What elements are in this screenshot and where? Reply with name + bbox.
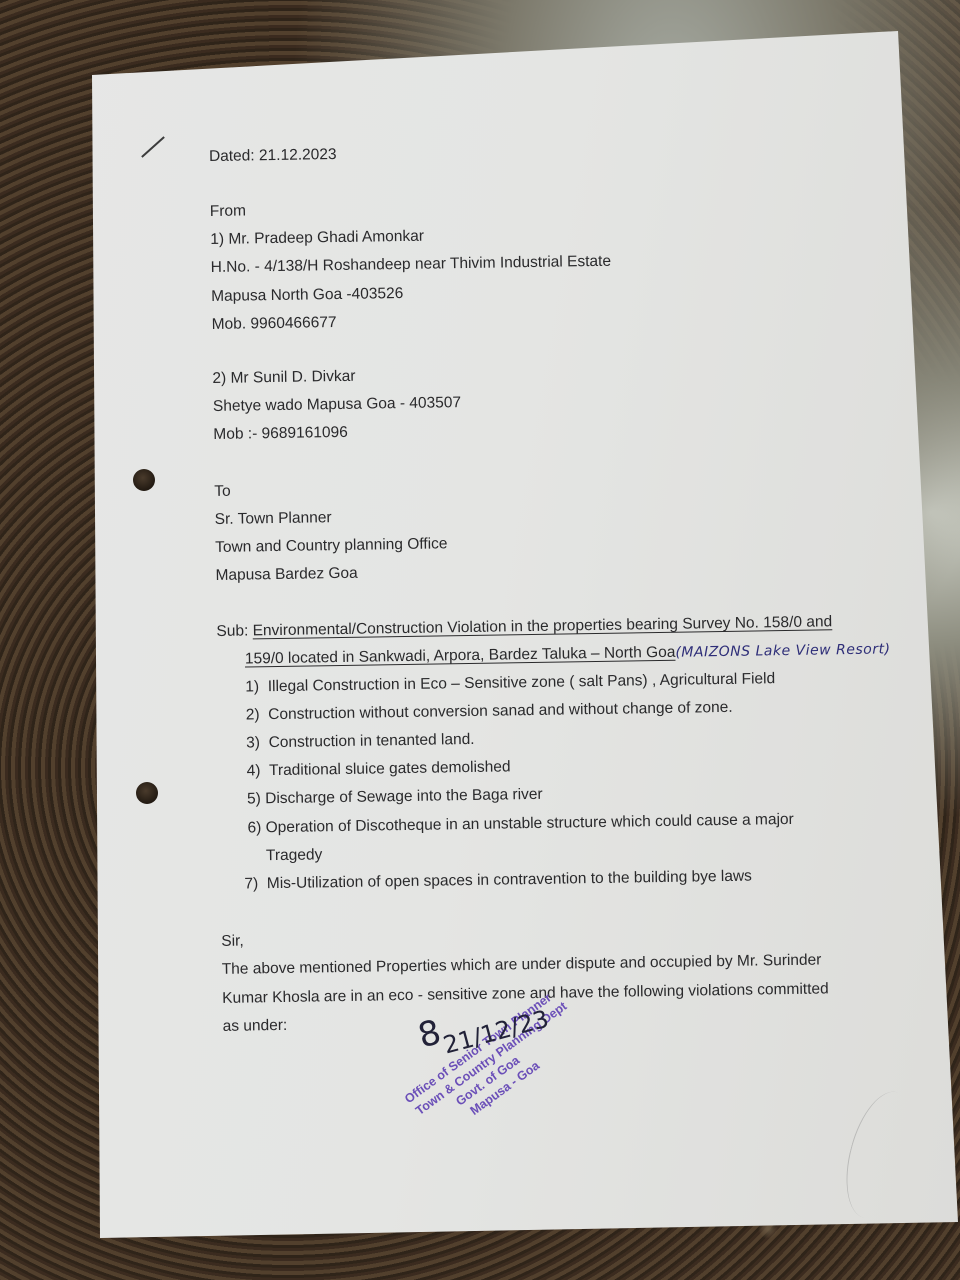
salutation: Sir, bbox=[221, 933, 244, 951]
violation-item-5: 5) Discharge of Sewage into the Baga riv… bbox=[247, 786, 543, 809]
violation-item-6: 6) Operation of Discotheque in an unstab… bbox=[247, 811, 793, 838]
handwritten-note: (MAIZONS Lake View Resort) bbox=[675, 641, 890, 660]
sender2-mobile: Mob :- 9689161096 bbox=[213, 424, 348, 444]
sender1-mobile: Mob. 9960466677 bbox=[211, 314, 336, 334]
violation-item-3: 3) Construction in tenanted land. bbox=[246, 731, 475, 753]
sender1-address-line2: Mapusa North Goa -403526 bbox=[211, 285, 403, 306]
subject-text-line2: 159/0 located in Sankwadi, Arpora, Barde… bbox=[245, 644, 676, 668]
recipient-line2: Town and Country planning Office bbox=[215, 535, 448, 557]
violation-item-1: 1) Illegal Construction in Eco – Sensiti… bbox=[245, 670, 775, 696]
sender1-address-line1: H.No. - 4/138/H Roshandeep near Thivim I… bbox=[211, 253, 612, 277]
sender1-name: 1) Mr. Pradeep Ghadi Amonkar bbox=[210, 228, 424, 249]
violation-item-6-continuation: Tragedy bbox=[266, 846, 323, 865]
subject-line2: 159/0 located in Sankwadi, Arpora, Barde… bbox=[245, 640, 891, 668]
violation-item-4: 4) Traditional sluice gates demolished bbox=[247, 758, 511, 780]
sender2-address: Shetye wado Mapusa Goa - 403507 bbox=[213, 394, 461, 416]
subject-line1: Sub: Environmental/Construction Violatio… bbox=[216, 613, 832, 641]
from-heading: From bbox=[210, 202, 246, 221]
recipient-line3: Mapusa Bardez Goa bbox=[215, 565, 357, 585]
violation-item-2: 2) Construction without conversion sanad… bbox=[246, 699, 733, 725]
to-heading: To bbox=[214, 483, 231, 501]
subject-text-line1: Environmental/Construction Violation in … bbox=[253, 613, 833, 639]
violation-item-7: 7) Mis-Utilization of open spaces in con… bbox=[244, 868, 752, 894]
sender2-name: 2) Mr Sunil D. Divkar bbox=[212, 368, 355, 388]
body-line3: as under: bbox=[223, 1017, 288, 1036]
recipient-line1: Sr. Town Planner bbox=[215, 509, 332, 529]
subject-prefix: Sub: bbox=[216, 622, 252, 640]
date-line: Dated: 21.12.2023 bbox=[209, 146, 337, 166]
